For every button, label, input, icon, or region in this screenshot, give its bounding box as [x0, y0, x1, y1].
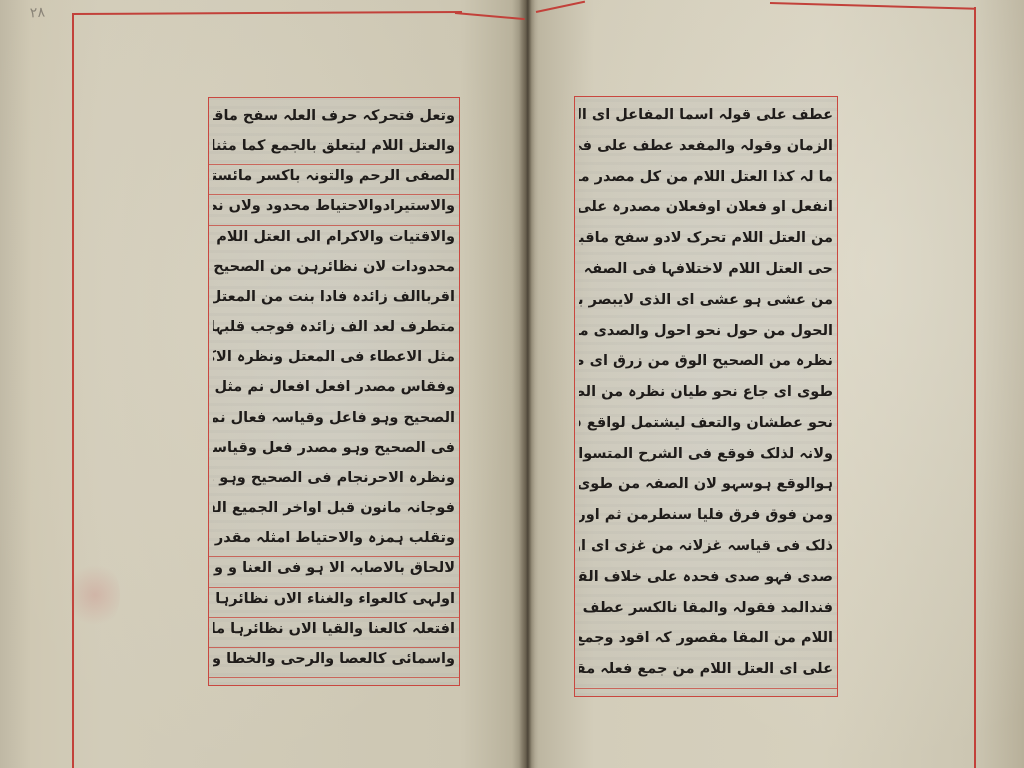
manuscript-spread: ٢٨ وتعل فتحرکہ حرف العلہ سفح ماقبلھا فقل… [0, 0, 1024, 768]
manuscript-line: اقرباالف زائدہ فادا بنت من المعتل اللام … [213, 287, 455, 307]
manuscript-line: ما لہ کذا العتل اللام من کل مصدر مافیہ ع… [579, 167, 833, 187]
manuscript-line: ولانہ لذلک فوقع فی الشرح المتسوال المشا … [579, 444, 833, 464]
manuscript-line: والاستیرادوالاحتیاط محدود ولاں نظائرہا ا… [213, 196, 455, 216]
left-text-block: وتعل فتحرکہ حرف العلہ سفح ماقبلھا فقلت ا… [208, 97, 460, 686]
manuscript-line: عطف علی قولہ اسما المفاعل ای العتل اللام… [579, 105, 833, 125]
book-gutter [519, 0, 535, 768]
manuscript-line: نظرہ من الصحیح الوق من زرق ای ضاق نحو زر… [579, 351, 833, 371]
red-underline-rule [209, 617, 459, 618]
manuscript-line: والاقتیات والاکرام الی العتل اللام من حو… [213, 227, 455, 247]
manuscript-line: محدودات لان نظائرہن من الصحیح فیا سنالہ … [213, 257, 455, 277]
red-underline-rule [209, 225, 459, 226]
right-text-block: عطف علی قولہ اسما المفاعل ای العتل اللام… [574, 96, 838, 697]
manuscript-line: وتعل فتحرکہ حرف العلہ سفح ماقبلھا فقلت ا… [213, 106, 455, 126]
folio-number: ٢٨ [29, 4, 45, 21]
manuscript-line: صدی فہو صدی فحدہ علی خلاف القیاس والاصمع… [579, 567, 833, 587]
red-underline-rule [209, 587, 459, 588]
manuscript-line: ونظرہ الاحرنجام فی الصحیح وہو مصدر افعلل… [213, 468, 455, 488]
red-underline-rule [575, 688, 837, 689]
manuscript-line: فندالمد فقولہ والمقا نالکسر عطف علی قولہ… [579, 598, 833, 618]
manuscript-line: حی العتل اللام لاختلافہا فی الصفہ مثنیہ … [579, 259, 833, 279]
manuscript-line: ہوالوقع ہوسہو لان الصفہ من طوی لاو ولیکن [579, 474, 833, 494]
paper-stain [70, 560, 120, 630]
manuscript-line: من العتل اللام تحرک لادو سفح ماقبلہا فقل… [579, 228, 833, 248]
manuscript-line: الصفی الرحم والتونہ باکسر مائستی رو ونحو… [213, 166, 455, 186]
manuscript-line: طوی ای جاع نحو طیان نظرہ من الصحیح العطش… [579, 382, 833, 402]
manuscript-line: وفقاس مصدر افعل افعال نم مثل بالرماء فی … [213, 377, 455, 397]
manuscript-line: اللام من المقا مقصور کہ اقود وجمع فعلہ ب… [579, 628, 833, 648]
manuscript-line: وتقلب ہمزہ والاحتیاط امثلہ مقدر لکن لمال… [213, 528, 455, 548]
manuscript-line: انفعل او فعلان اوفعلان مصدرہ علی فعل فاذ… [579, 197, 833, 217]
manuscript-line: الحول من حول نحو احول والصدی من صدی ای ع… [579, 321, 833, 341]
manuscript-line: افتعلہ کالعنا والقیا الاں نظائرہا ما دوق… [213, 619, 455, 639]
manuscript-line: واسمائی کالعصا والرحی والخطا ودالایا ما … [213, 649, 455, 669]
manuscript-line: من عشی ہو عشی ای الذی لایبصر باللیل ویبص… [579, 290, 833, 310]
red-underline-rule [209, 647, 459, 648]
manuscript-line: ومن فوق فرق فلیا سنطرمن ثم اوردالنوا عتر… [579, 505, 833, 525]
manuscript-line: نحو عطشان والتعف لیشتمل لواقع فی المتن م… [579, 413, 833, 433]
right-outer-rule-right [974, 7, 976, 768]
manuscript-line: والعتل اللام لیتعلق بالجمع کما مثنا والت… [213, 136, 455, 156]
red-underline-rule [209, 164, 459, 165]
manuscript-line: لالحاق بالاصابہ الا ہو فی العنا و واسما … [213, 558, 455, 578]
manuscript-line: فوجانہ مانون قبل اواخر الجمیع الف وقع حر… [213, 498, 455, 518]
manuscript-line: متطرف لعد الف زائدہ فوجب قلبہا ہمزہ وہوب… [213, 317, 455, 337]
manuscript-line: مثل الاعطاء فی المعتل ونظرہ الاکرام فی ا… [213, 347, 455, 367]
red-underline-rule [209, 194, 459, 195]
manuscript-line: علی ای العتل اللام من جمع فعلہ مقصور او … [579, 659, 833, 679]
manuscript-line: اولہی کالعواء والغناء الاں نظائرہا النبا… [213, 589, 455, 609]
red-underline-rule [209, 677, 459, 678]
manuscript-line: فی الصحیح وہو مصدر فعل وقیاسہ افتعال نم … [213, 438, 455, 458]
manuscript-line: ذلک فی قیاسہ غزلانہ من غزی ای اوبع وہو غ… [579, 536, 833, 556]
manuscript-line: الزمان وقولہ والمفعد عطف علی فی اسمالاع … [579, 136, 833, 156]
left-outer-rule-left [72, 13, 74, 768]
manuscript-line: الصحیح وہو فاعل وقیاسہ فعال نم بالاختراف… [213, 408, 455, 428]
red-underline-rule [209, 556, 459, 557]
